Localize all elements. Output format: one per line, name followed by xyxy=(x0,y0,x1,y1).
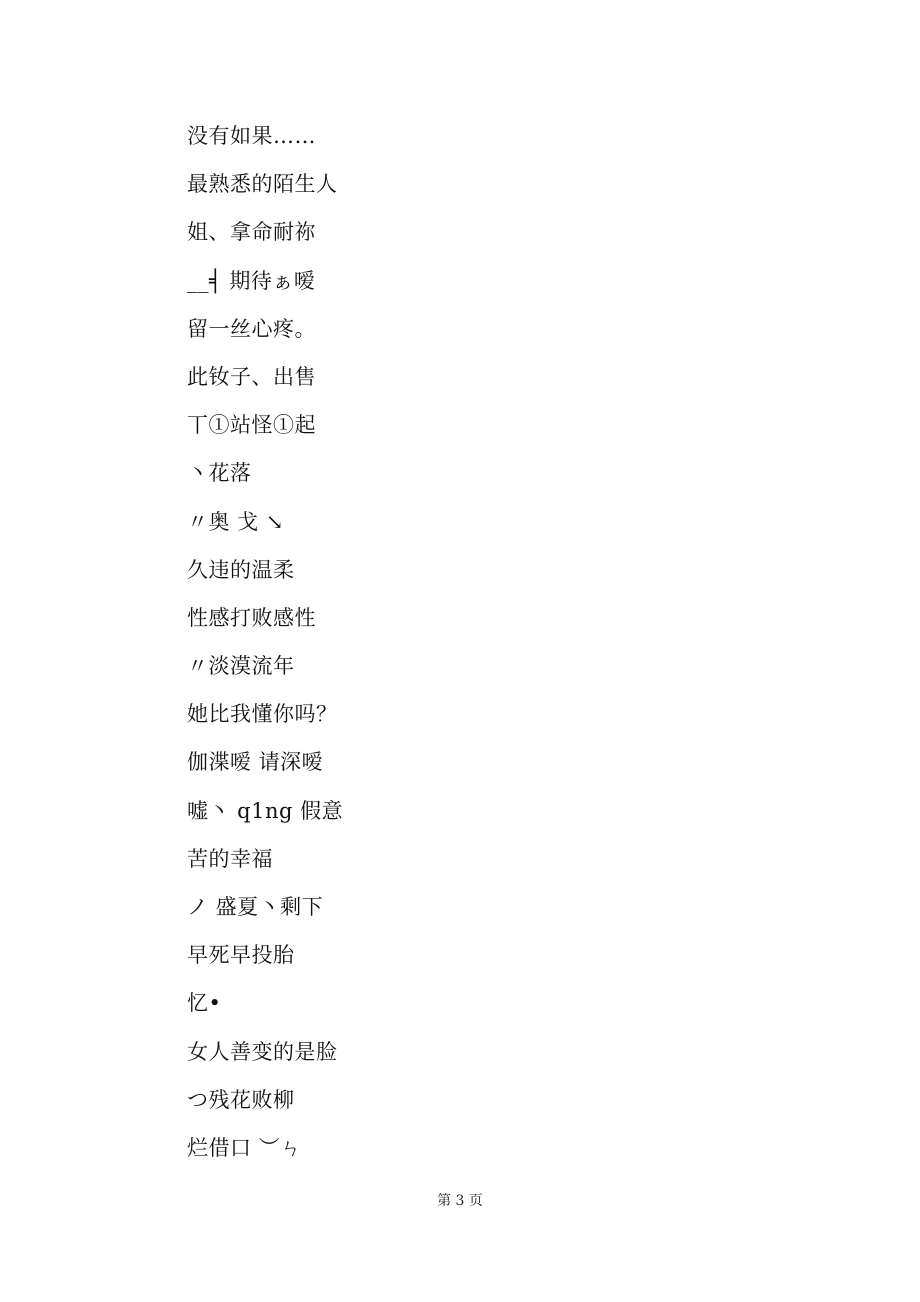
text-line: 留一丝心疼。 xyxy=(187,311,343,359)
text-line: つ残花败柳 xyxy=(187,1082,343,1130)
text-line: 伽渫嗳 请深嗳 xyxy=(187,744,343,792)
text-line: __╡ 期待ぁ嗳 xyxy=(187,263,343,311)
page-number: 第 3 页 xyxy=(0,1190,920,1210)
text-line: 丶花落 xyxy=(187,455,343,503)
text-line: 她比我懂你吗？ xyxy=(187,696,343,744)
text-line: 姐、拿命耐祢 xyxy=(187,214,343,262)
text-line: 性感打败感性 xyxy=(187,600,343,648)
text-line: 此钕子、出售 xyxy=(187,359,343,407)
text-line: 〃淡漠流年 xyxy=(187,648,343,696)
text-line: 没有如果…… xyxy=(187,118,343,166)
text-line: 忆• xyxy=(187,985,343,1033)
text-line: 〃奥 戈 ↘ xyxy=(187,504,343,552)
text-line: 早死早投胎 xyxy=(187,937,343,985)
text-lines: 没有如果…… 最熟悉的陌生人 姐、拿命耐祢 __╡ 期待ぁ嗳 留一丝心疼。 此钕… xyxy=(187,118,343,1178)
text-line: 丅①站怪①起 xyxy=(187,407,343,455)
text-line: 女人善变的是脸 xyxy=(187,1034,343,1082)
text-line: 最熟悉的陌生人 xyxy=(187,166,343,214)
text-line: 苦的幸福 xyxy=(187,841,343,889)
document-page: 没有如果…… 最熟悉的陌生人 姐、拿命耐祢 __╡ 期待ぁ嗳 留一丝心疼。 此钕… xyxy=(0,0,920,1302)
text-line: 嘘丶 q1ng 假意 xyxy=(187,793,343,841)
text-line: ノ 盛夏丶剩下 xyxy=(187,889,343,937)
text-line: 久违的温柔 xyxy=(187,552,343,600)
text-line: 烂借口 ︶ㄣ xyxy=(187,1130,343,1178)
